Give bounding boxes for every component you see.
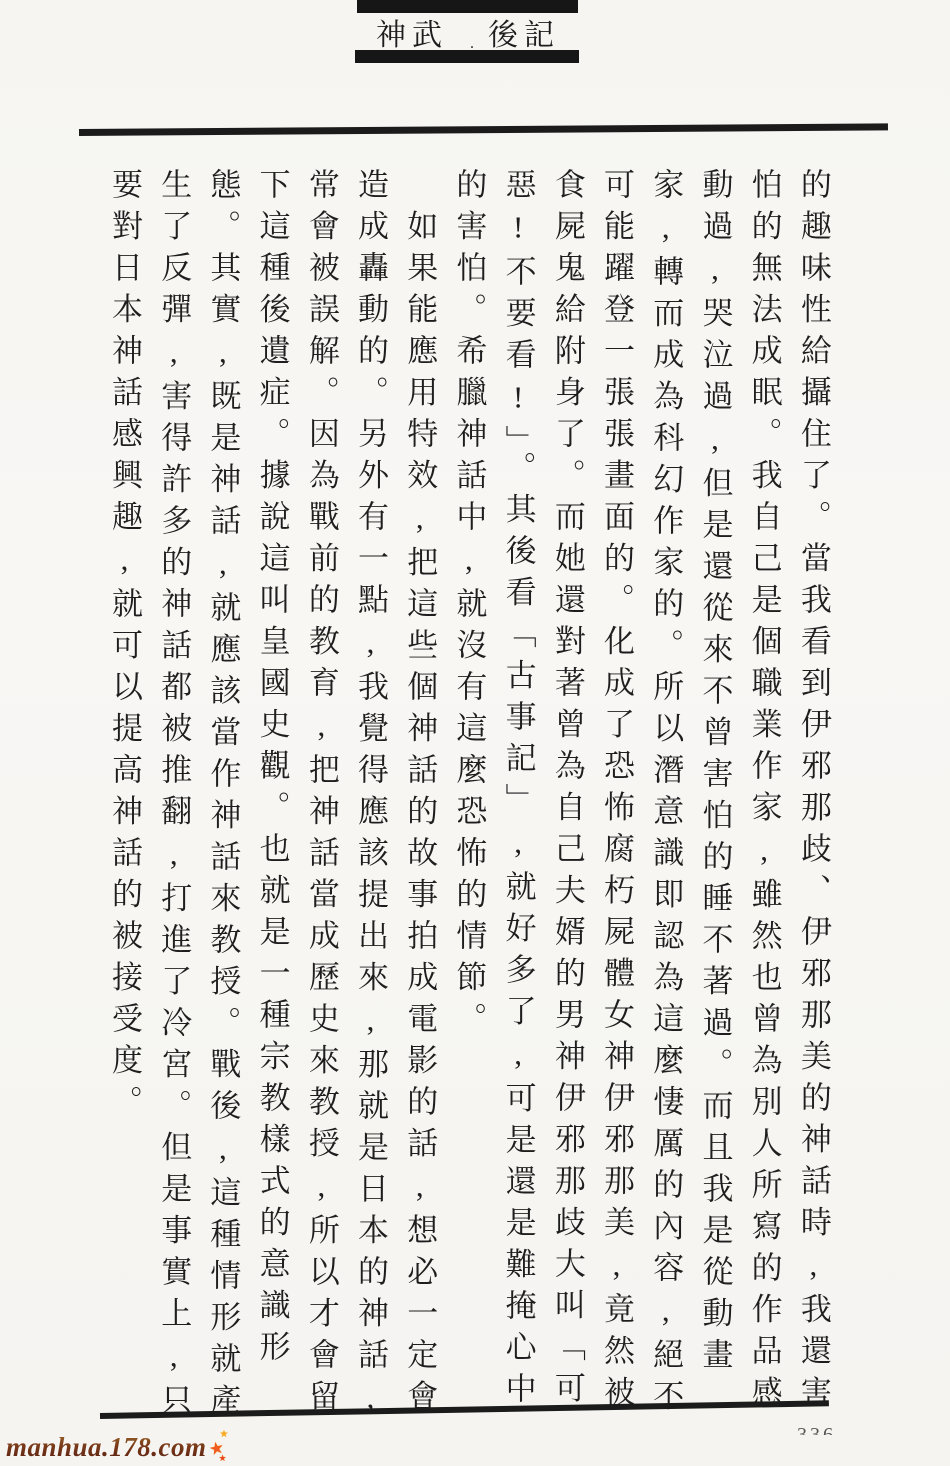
text-column-2: 怕的無法成眠。我自己是個職業作家,雖然也曾為別人所寫的作品感 bbox=[747, 168, 781, 1408]
text-column-4: 家,轉而成為科幻作家的。所以潛意識即認為這麼悽厲的內容,絕不 bbox=[648, 168, 682, 1408]
text-column-13: 態。其實,既是神話,就應該當作神話來教授。戰後,這種情形就產 bbox=[205, 168, 239, 1408]
page-title-right: 後記 bbox=[488, 10, 560, 54]
text-column-15: 要對日本神話感興趣,就可以提高神話的被接受度。 bbox=[107, 168, 141, 1408]
text-column-12: 下這種後遺症。據說這叫皇國史觀。也就是一種宗教樣式的意識形 bbox=[255, 168, 289, 1408]
title-bottom-bar bbox=[355, 50, 579, 63]
watermark-link[interactable]: manhua.178.com ★ ★ ★ bbox=[6, 1428, 235, 1466]
scanned-page: 神武 後記 . 的趣味性給攝住了。當我看到伊邪那歧、伊邪那美的神話時,我還害 怕… bbox=[0, 0, 950, 1466]
watermark-text: manhua.178.com bbox=[6, 1432, 207, 1463]
text-column-11: 常會被誤解。因為戰前的教育,把神話當成歷史來教授,所以才會留 bbox=[304, 168, 338, 1408]
afterword-text: 的趣味性給攝住了。當我看到伊邪那歧、伊邪那美的神話時,我還害 怕的無法成眠。我自… bbox=[107, 168, 830, 1413]
star-icon: ★ bbox=[220, 1430, 229, 1440]
text-column-7: 惡!不要看!」。其後看「古事記」,就好多了,可是還是難掩心中 bbox=[501, 168, 535, 1408]
page-number: 336 bbox=[797, 1424, 843, 1435]
text-column-10: 造成轟動的。另外有一點,我覺得應該提出來,那就是日本的神話, bbox=[353, 168, 387, 1408]
page-title-left: 神武 bbox=[376, 10, 448, 54]
page-title: 神武 後記 bbox=[352, 15, 584, 49]
text-column-3: 動過,哭泣過,但是還從來不曾害怕的睡不著過。而且我是從動畫 bbox=[697, 168, 731, 1408]
text-column-5: 可能躍登一張張畫面的。化成了恐怖腐朽屍體女神伊邪那美,竟然被 bbox=[599, 168, 633, 1408]
header-divider-rule bbox=[79, 123, 888, 136]
text-column-9: 如果能應用特效,把這些個神話的故事拍成電影的話,想必一定會 bbox=[402, 168, 436, 1408]
text-column-6: 食屍鬼給附身了。而她還對著曾為自己夫婿的男神伊邪那歧大叫「可 bbox=[550, 168, 584, 1408]
text-column-1: 的趣味性給攝住了。當我看到伊邪那歧、伊邪那美的神話時,我還害 bbox=[796, 168, 830, 1408]
star-icon: ★ bbox=[219, 1454, 227, 1463]
star-logo-icon: ★ ★ ★ bbox=[207, 1428, 235, 1466]
text-column-14: 生了反彈,害得許多的神話都被推翻,打進了冷宮。但是事實上,只 bbox=[156, 168, 190, 1408]
text-column-8: 的害怕。希臘神話中,就沒有這麼恐怖的情節。 bbox=[451, 168, 485, 1408]
